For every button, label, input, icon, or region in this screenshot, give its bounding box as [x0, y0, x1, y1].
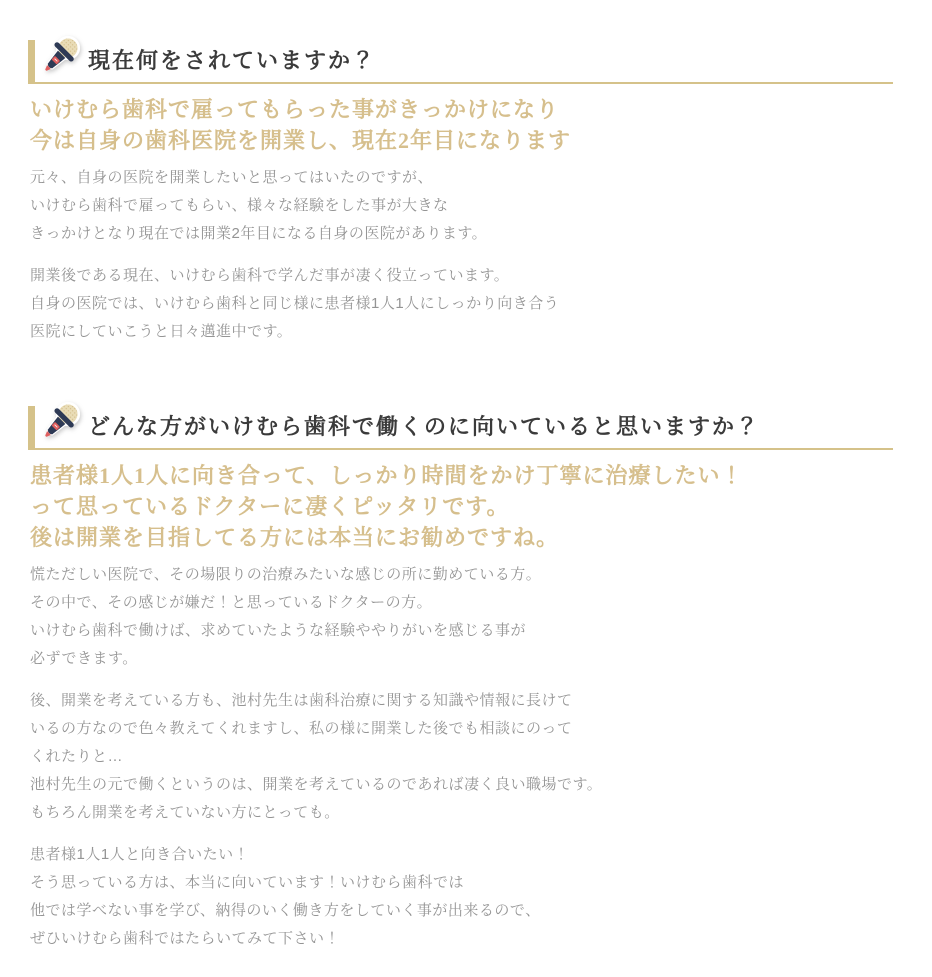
answer-paragraph: 慌ただしい医院で、その場限りの治療みたいな感じの所に勤めている方。 その中で、そ… — [30, 561, 893, 673]
question-title: どんな方がいけむら歯科で働くのに向いていると思いますか？ — [88, 410, 760, 441]
microphone-icon — [37, 29, 89, 87]
answer-paragraph: 後、開業を考えている方も、池村先生は歯科治療に関する知識や情報に長けて いるの方… — [30, 687, 893, 827]
gold-accent-bar — [28, 406, 35, 450]
interview-page: 現在何をされていますか？ いけむら歯科で雇ってもらった事がきっかけになり 今は自… — [0, 0, 932, 977]
qa-section-current-work: 現在何をされていますか？ いけむら歯科で雇ってもらった事がきっかけになり 今は自… — [28, 28, 893, 346]
gold-accent-bar — [28, 40, 35, 84]
answer-paragraph: 患者様1人1人と向き合いたい！ そう思っている方は、本当に向いています！いけむら… — [30, 841, 893, 953]
question-header: 現在何をされていますか？ — [28, 28, 893, 84]
answer-highlight: いけむら歯科で雇ってもらった事がきっかけになり 今は自身の歯科医院を開業し、現在… — [30, 94, 893, 156]
answer-highlight: 患者様1人1人に向き合って、しっかり時間をかけ丁寧に治療したい！ って思っている… — [30, 460, 893, 553]
question-title: 現在何をされていますか？ — [88, 44, 376, 75]
answer-paragraph: 元々、自身の医院を開業したいと思ってはいたのですが、 いけむら歯科で雇ってもらい… — [30, 164, 893, 248]
answer-paragraph: 開業後である現在、いけむら歯科で学んだ事が凄く役立っています。 自身の医院では、… — [30, 262, 893, 346]
question-header: どんな方がいけむら歯科で働くのに向いていると思いますか？ — [28, 394, 893, 450]
microphone-icon — [37, 395, 89, 453]
qa-section-suited-people: どんな方がいけむら歯科で働くのに向いていると思いますか？ 患者様1人1人に向き合… — [28, 394, 893, 953]
